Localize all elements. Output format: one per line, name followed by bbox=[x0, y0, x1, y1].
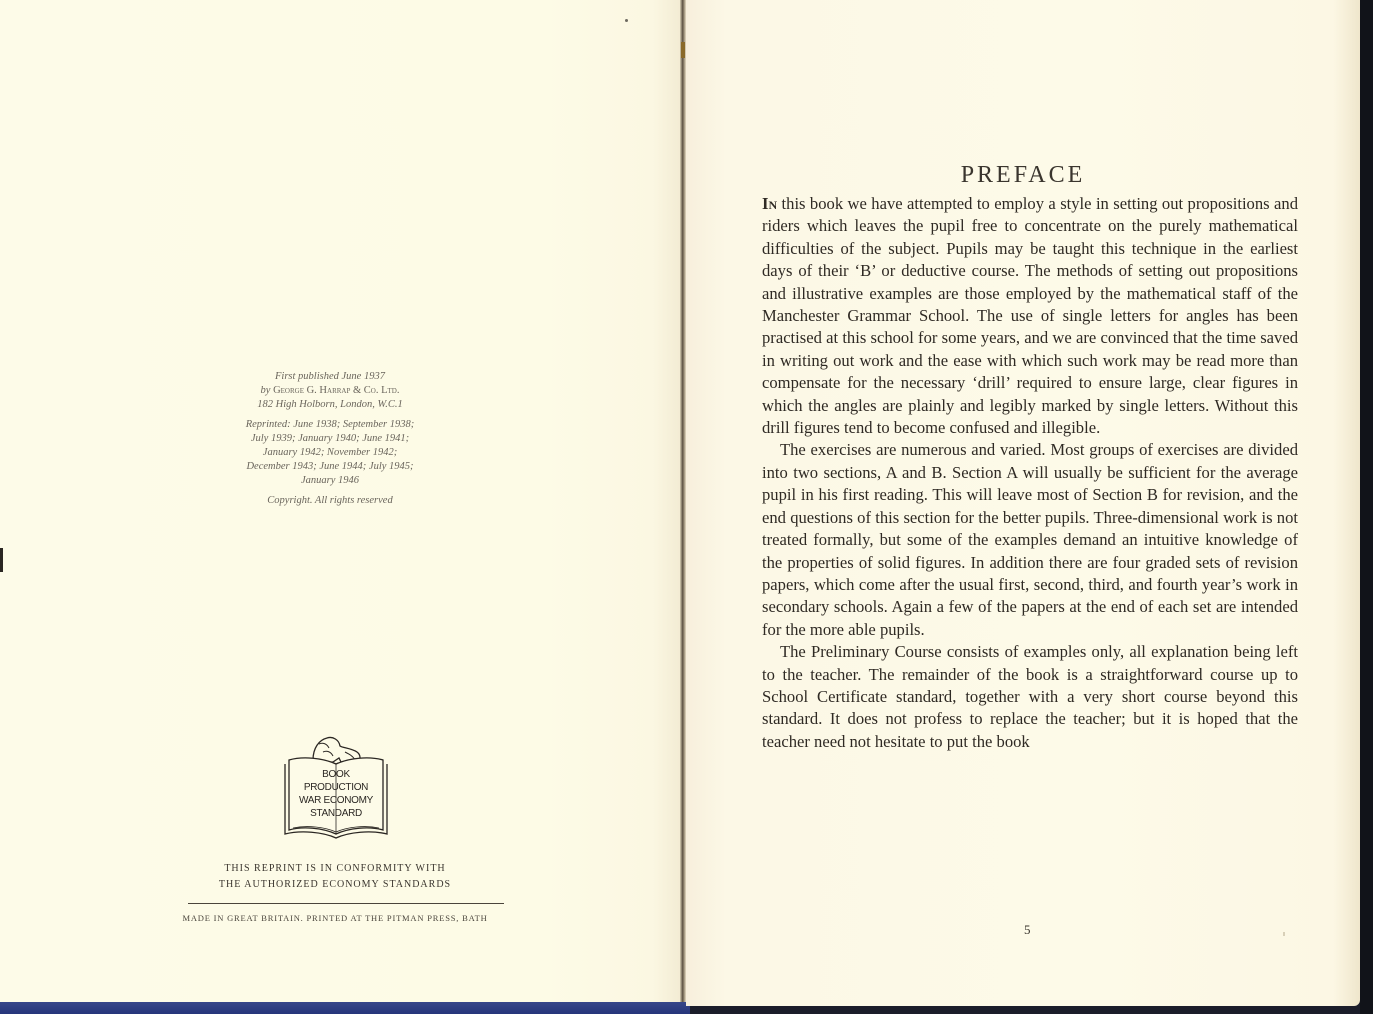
preface-body: In this book we have attempted to employ… bbox=[762, 193, 1298, 753]
paragraph: The Preliminary Course consists of examp… bbox=[762, 641, 1298, 753]
printer-line: MADE IN GREAT BRITAIN. PRINTED AT THE PI… bbox=[110, 913, 560, 923]
war-economy-standard-logo: BOOK PRODUCTION WAR ECONOMY STANDARD bbox=[283, 730, 389, 842]
first-published: First published June 1937 bbox=[160, 370, 500, 384]
reprint-line: January 1946 bbox=[160, 474, 500, 488]
reprint-line: July 1939; January 1940; June 1941; bbox=[160, 432, 500, 446]
drop-cap: In bbox=[762, 194, 777, 213]
book-right-edge bbox=[1360, 0, 1373, 1014]
publisher-prefix: by bbox=[261, 385, 274, 396]
paper-speck bbox=[1283, 932, 1285, 936]
reprint-line: Reprinted: June 1938; September 1938; bbox=[160, 418, 500, 432]
paper-speck bbox=[625, 19, 628, 22]
copyright-notice: Copyright. All rights reserved bbox=[160, 494, 500, 508]
logo-text: BOOK PRODUCTION WAR ECONOMY STANDARD bbox=[283, 768, 389, 820]
reprinted-label: Reprinted: bbox=[246, 419, 291, 430]
imprint-block: First published June 1937 by George G. H… bbox=[160, 370, 500, 508]
page-title: PREFACE bbox=[686, 162, 1360, 189]
conformity-notice: THIS REPRINT IS IN CONFORMITY WITH THE A… bbox=[150, 861, 520, 893]
paragraph: The exercises are numerous and varied. M… bbox=[762, 439, 1298, 641]
page-edge-mark bbox=[0, 548, 3, 572]
paragraph: In this book we have attempted to employ… bbox=[762, 193, 1298, 439]
publisher-address: 182 High Holborn, London, W.C.1 bbox=[160, 398, 500, 412]
binding-thread bbox=[681, 42, 685, 58]
publisher-line: by George G. Harrap & Co. Ltd. bbox=[160, 384, 500, 398]
book-cover-edge bbox=[0, 1000, 690, 1014]
divider-rule bbox=[188, 903, 504, 904]
publisher-name: George G. Harrap & Co. Ltd. bbox=[273, 385, 399, 396]
page-number: 5 bbox=[1024, 922, 1031, 938]
reprint-line: December 1943; June 1944; July 1945; bbox=[160, 460, 500, 474]
reprint-line: January 1942; November 1942; bbox=[160, 446, 500, 460]
